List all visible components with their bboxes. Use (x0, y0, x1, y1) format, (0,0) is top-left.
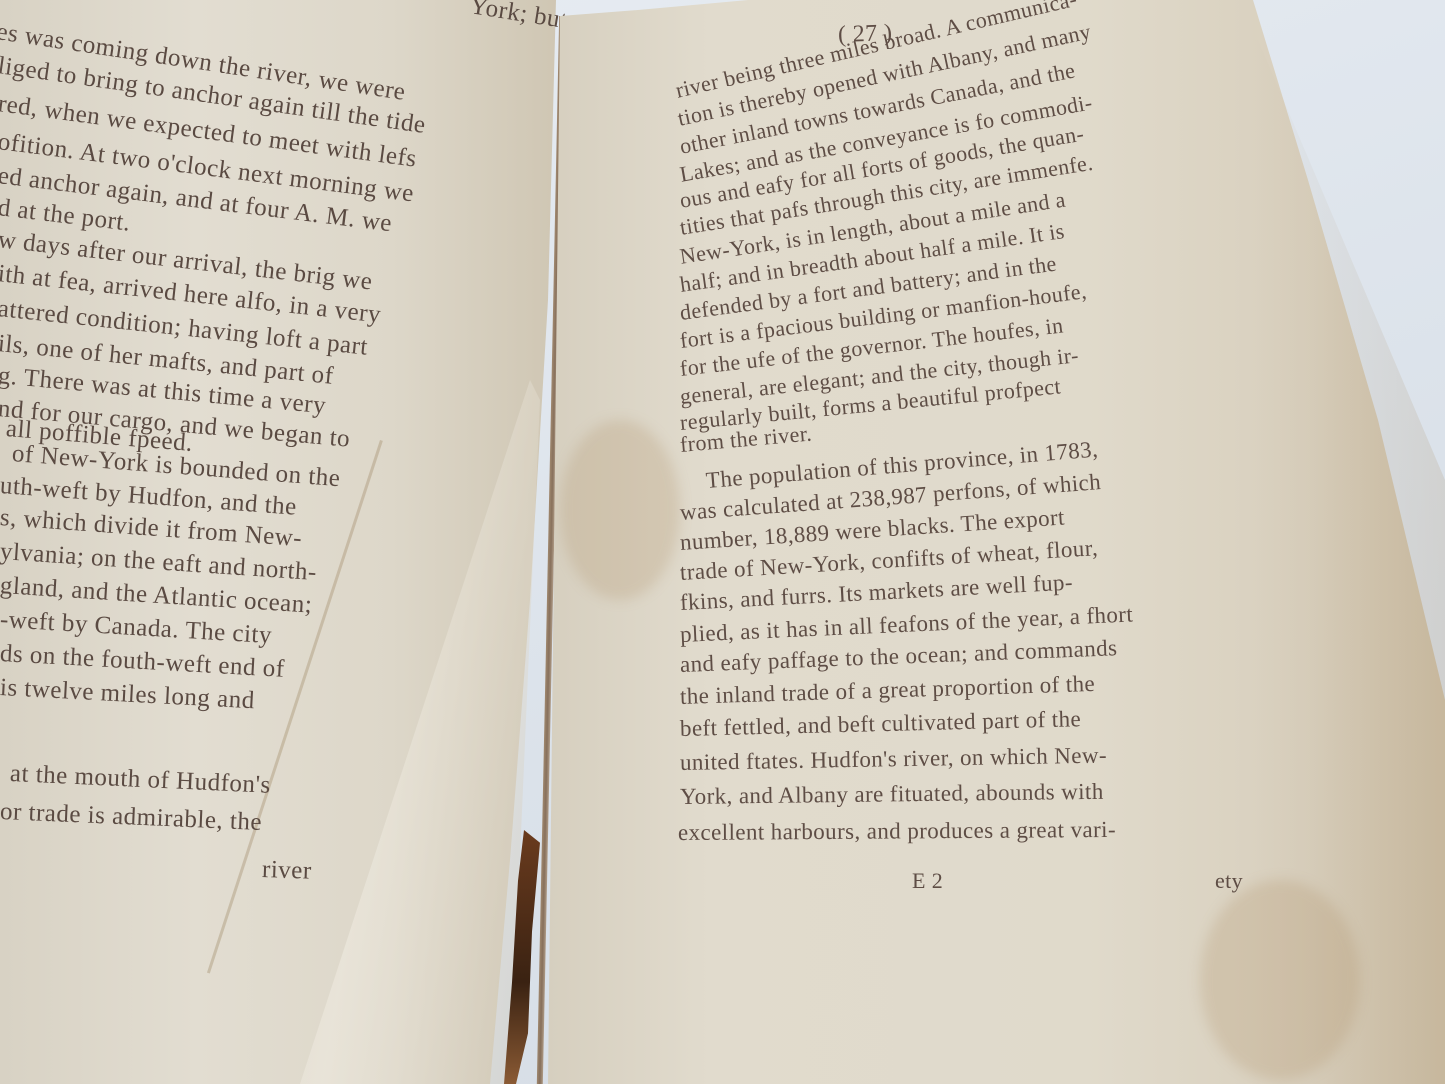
text-line: York, and Albany are fituated, abounds w… (680, 779, 1104, 810)
catchword: river (262, 856, 313, 886)
text-line: excellent harbours, and produces a great… (678, 817, 1116, 846)
signature-mark: E 2 (912, 868, 943, 894)
paper-stain (560, 420, 680, 600)
paper-stain (1200, 880, 1360, 1080)
catchword: ety (1215, 868, 1243, 894)
